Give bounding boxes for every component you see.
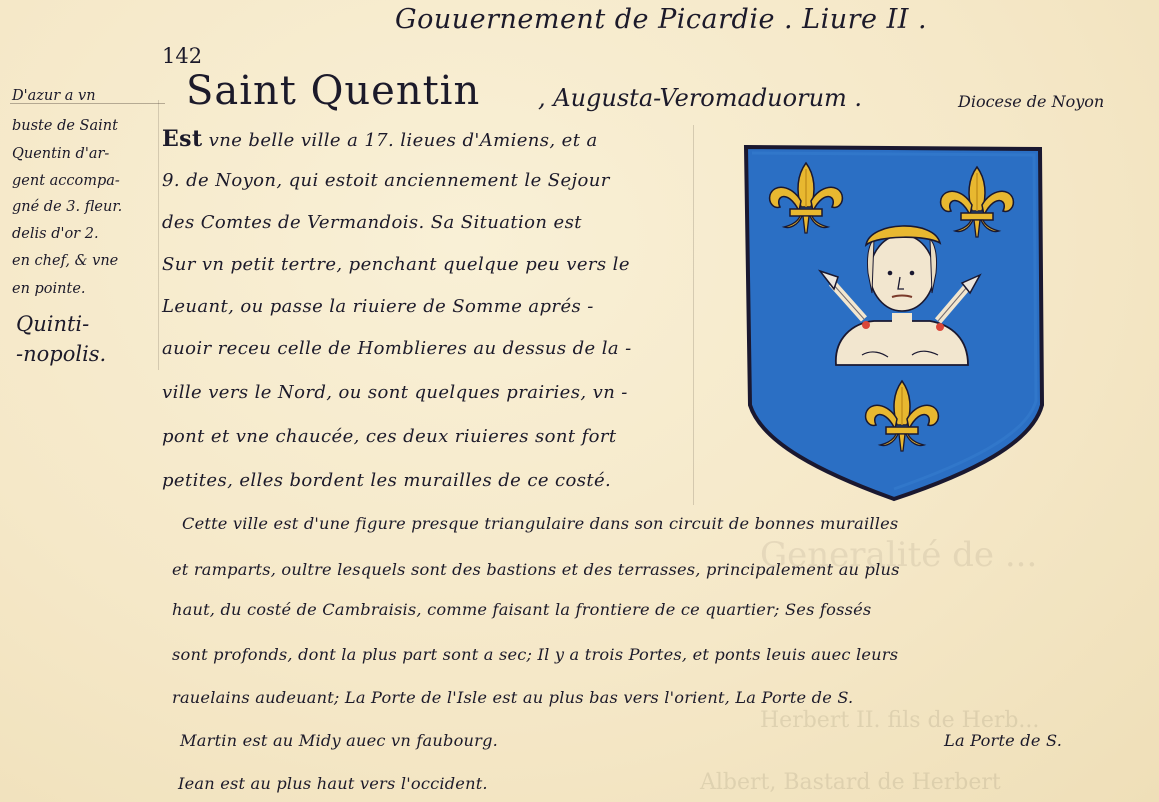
body-line: Iean est au plus haut vers l'occident. — [178, 774, 488, 793]
body-line: Cette ville est d'une figure presque tri… — [182, 514, 898, 533]
body-line: auoir receu celle de Homblieres au dessu… — [162, 338, 632, 359]
margin-ruling — [158, 100, 159, 370]
body-line: Leuant, ou passe la riuiere de Somme apr… — [162, 296, 594, 317]
body-line: des Comtes de Vermandois. Sa Situation e… — [162, 212, 582, 233]
bleed-through-text: Albert, Bastard de Herbert — [700, 770, 1001, 795]
body-line: et ramparts, oultre lesquels sont des ba… — [172, 560, 900, 579]
body-line: pont et vne chaucée, ces deux riuieres s… — [162, 426, 617, 447]
latin-alias: -nopolis. — [16, 342, 106, 366]
body-line: sont profonds, dont la plus part sont a … — [172, 645, 898, 664]
body-line: rauelains audeuant; La Porte de l'Isle e… — [172, 688, 853, 707]
latin-alias: Quinti- — [16, 312, 89, 336]
bleed-through-text: Herbert II. fils de Herb... — [760, 708, 1039, 733]
running-head: Gouuernement de Picardie . Liure II . — [395, 4, 927, 35]
entry-title: Saint Quentin — [186, 68, 480, 114]
margin-line: gné de 3. fleur. — [12, 199, 122, 215]
margin-line: en chef, & vne — [12, 253, 118, 269]
body-line-right: La Porte de S. — [944, 731, 1062, 750]
margin-line: delis d'or 2. — [12, 226, 99, 242]
margin-line: Quentin d'ar- — [12, 146, 109, 162]
margin-line: en pointe. — [12, 281, 86, 297]
body-line: petites, elles bordent les murailles de … — [162, 470, 611, 491]
body-line: Est vne belle ville a 17. lieues d'Amien… — [162, 126, 598, 152]
text-ruling — [693, 125, 694, 505]
coat-of-arms — [742, 143, 1047, 503]
body-line: Martin est au Midy auec vn faubourg. — [180, 731, 498, 750]
margin-line: D'azur a vn — [12, 88, 96, 104]
margin-line: gent accompa- — [12, 173, 120, 189]
opening-word: Est — [162, 126, 203, 152]
latin-name: , Augusta-Veromaduorum . — [538, 84, 862, 112]
page-number: 142 — [162, 44, 202, 68]
body-line: 9. de Noyon, qui estoit anciennement le … — [162, 170, 610, 191]
body-line: Sur vn petit tertre, penchant quelque pe… — [162, 254, 630, 275]
margin-line: buste de Saint — [12, 118, 118, 134]
body-line-text: vne belle ville a 17. lieues d'Amiens, e… — [209, 130, 598, 151]
body-line: haut, du costé de Cambraisis, comme fais… — [172, 600, 871, 619]
body-line: ville vers le Nord, ou sont quelques pra… — [162, 382, 628, 403]
diocese-note: Diocese de Noyon — [958, 92, 1104, 111]
